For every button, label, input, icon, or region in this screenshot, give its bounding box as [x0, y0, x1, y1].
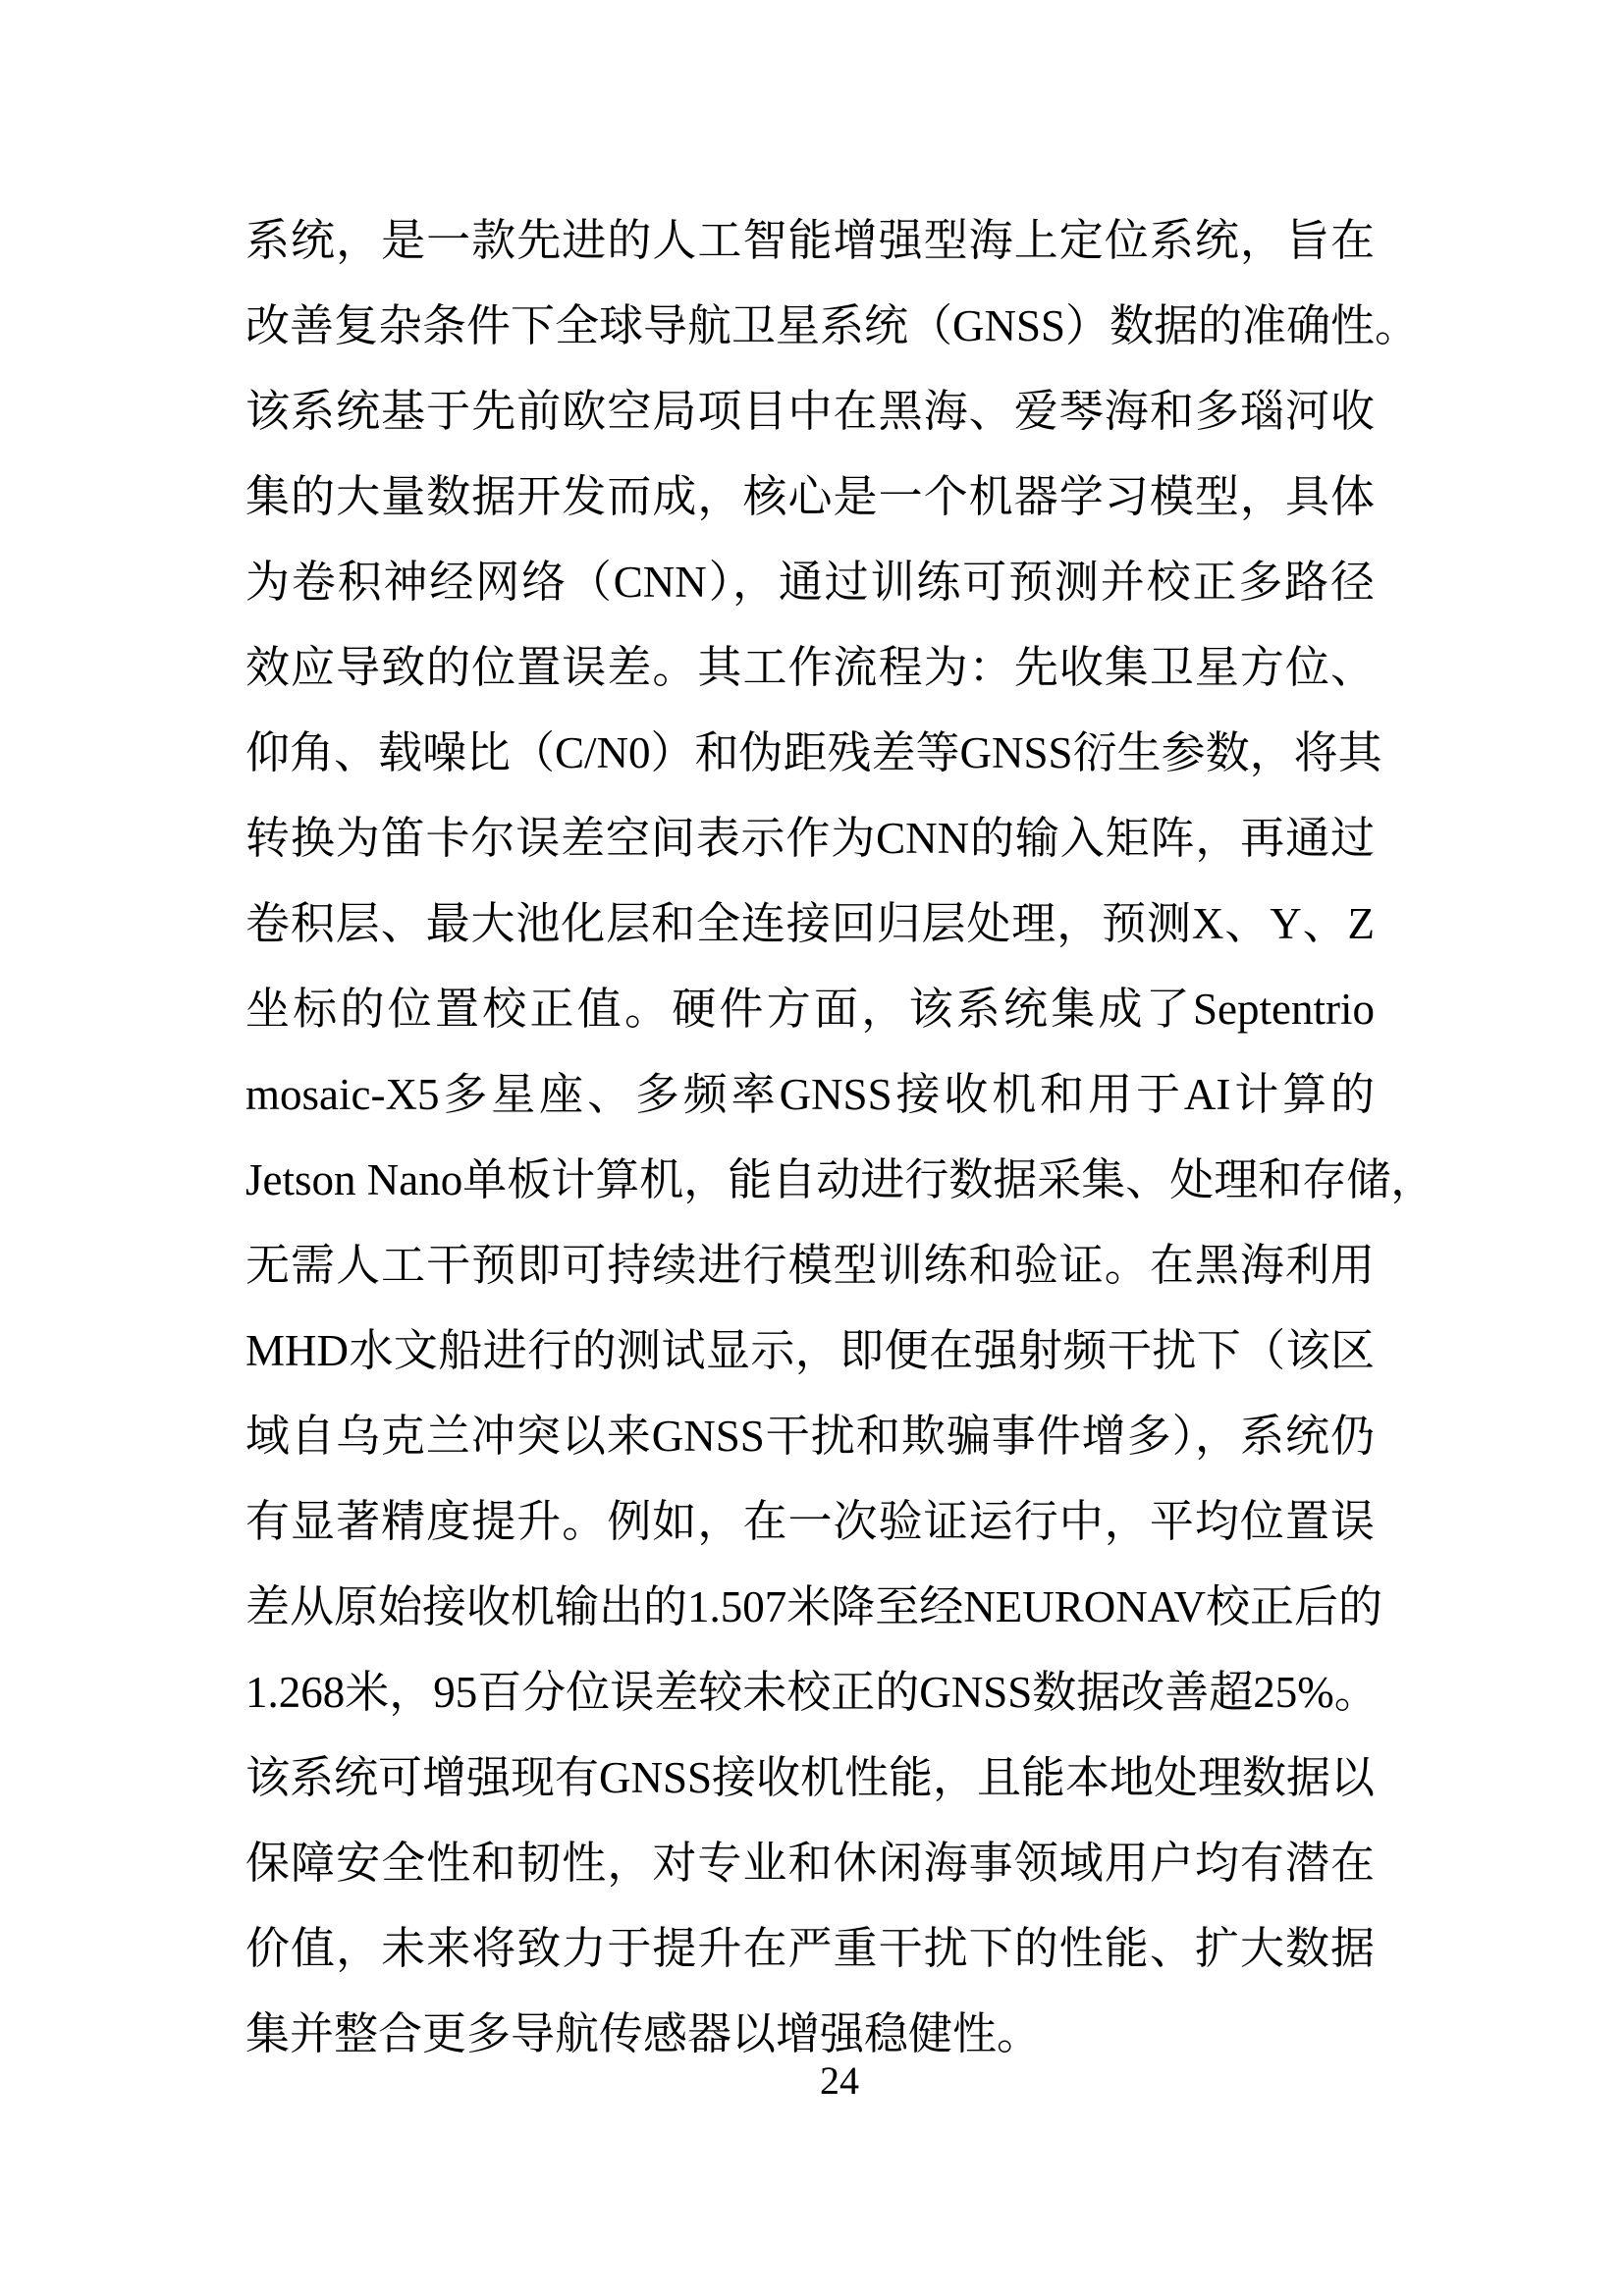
text-line: Jetson Nano单板计算机，能自动进行数据采集、处理和存储，	[245, 1138, 1375, 1223]
text-line: mosaic-X5多星座、多频率GNSS接收机和用于AI计算的	[245, 1052, 1375, 1138]
text-line: 系统，是一款先进的人工智能增强型海上定位系统，旨在	[245, 198, 1375, 284]
text-line: 卷积层、最大池化层和全连接回归层处理，预测X、Y、Z	[245, 881, 1375, 967]
body-text: 系统，是一款先进的人工智能增强型海上定位系统，旨在 改善复杂条件下全球导航卫星系…	[245, 198, 1375, 2077]
text-line: 坐标的位置校正值。硬件方面，该系统集成了Septentrio	[245, 967, 1375, 1052]
text-line: 为卷积神经网络（CNN），通过训练可预测并校正多路径	[245, 540, 1375, 625]
text-line: 1.268米，95百分位误差较未校正的GNSS数据改善超25%。	[245, 1650, 1375, 1735]
text-line: 差从原始接收机输出的1.507米降至经NEURONAV校正后的	[245, 1565, 1375, 1650]
document-page: 系统，是一款先进的人工智能增强型海上定位系统，旨在 改善复杂条件下全球导航卫星系…	[0, 0, 1624, 2296]
text-line: 保障安全性和韧性，对专业和休闲海事领域用户均有潜在	[245, 1821, 1375, 1906]
text-line: 集的大量数据开发而成，核心是一个机器学习模型，具体	[245, 454, 1375, 540]
text-line: 改善复杂条件下全球导航卫星系统（GNSS）数据的准确性。	[245, 284, 1375, 369]
text-line: MHD水文船进行的测试显示，即便在强射频干扰下（该区	[245, 1308, 1375, 1394]
text-line: 转换为笛卡尔误差空间表示作为CNN的输入矩阵，再通过	[245, 796, 1375, 881]
text-line: 有显著精度提升。例如，在一次验证运行中，平均位置误	[245, 1479, 1375, 1565]
page-number: 24	[245, 2059, 1375, 2103]
text-line: 该系统可增强现有GNSS接收机性能，且能本地处理数据以	[245, 1735, 1375, 1821]
text-line: 无需人工干预即可持续进行模型训练和验证。在黑海利用	[245, 1223, 1375, 1308]
text-line: 效应导致的位置误差。其工作流程为：先收集卫星方位、	[245, 625, 1375, 711]
text-line: 域自乌克兰冲突以来GNSS干扰和欺骗事件增多），系统仍	[245, 1394, 1375, 1479]
text-line: 仰角、载噪比（C/N0）和伪距残差等GNSS衍生参数，将其	[245, 711, 1375, 796]
text-line: 价值，未来将致力于提升在严重干扰下的性能、扩大数据	[245, 1906, 1375, 1992]
text-line: 该系统基于先前欧空局项目中在黑海、爱琴海和多瑙河收	[245, 369, 1375, 454]
